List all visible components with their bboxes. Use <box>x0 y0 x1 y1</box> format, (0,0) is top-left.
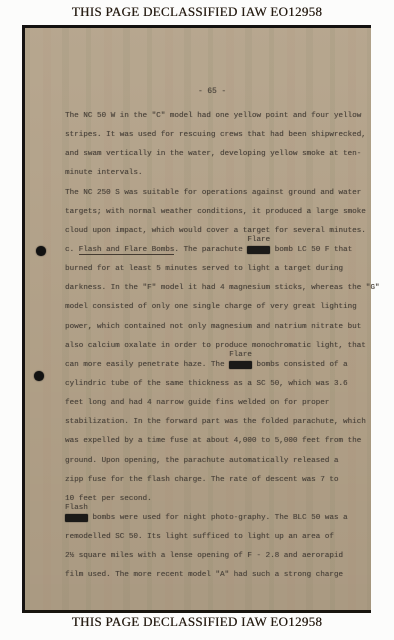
typed-line: can more easily penetrate haze. The flas… <box>65 361 365 380</box>
typed-text: ground. Upon opening, the parachute auto… <box>65 457 338 465</box>
typed-line: targets; with normal weather conditions,… <box>65 208 365 227</box>
underlined-heading: Flash and Flare Bombs <box>79 246 175 256</box>
typed-text: stabilization. In the forward part was t… <box>65 418 366 426</box>
typed-correction-word: Flash <box>65 504 88 514</box>
typed-text: also calcium oxalate in order to produce… <box>65 342 366 350</box>
typed-line: The NC 250 S was suitable for operations… <box>65 189 365 208</box>
typed-text: zipp fuse for the flash charge. The rate… <box>65 476 338 484</box>
typed-text: stripes. It was used for rescuing crews … <box>65 131 366 139</box>
typed-line: also calcium oxalate in order to produce… <box>65 342 365 361</box>
typed-text: was expelled by a time fuse at about 4,0… <box>65 437 361 445</box>
typed-text: bombs consisted of a <box>252 361 348 369</box>
typed-text: darkness. In the "F" model it had 4 magn… <box>65 284 379 292</box>
typed-line: minute intervals. <box>65 169 365 188</box>
typed-line: darkness. In the "F" model it had 4 magn… <box>65 284 365 303</box>
typed-text: The NC 250 S was suitable for operations… <box>65 189 361 197</box>
typed-line: feet long and had 4 narrow guide fins we… <box>65 399 365 418</box>
typed-text: cloud upon impact, which would cover a t… <box>65 227 366 235</box>
page-number: - 65 - <box>65 88 359 96</box>
typed-text-block: The NC 50 W in the "C" model had one yel… <box>65 112 365 591</box>
typed-line: zipp fuse for the flash charge. The rate… <box>65 476 365 495</box>
typed-text: . The parachute <box>174 246 247 254</box>
typed-line: was expelled by a time fuse at about 4,0… <box>65 437 365 456</box>
typed-correction-word: Flare <box>229 351 252 361</box>
document-scan-page: - 65 - The NC 50 W in the "C" model had … <box>22 25 371 613</box>
typed-text: 2½ square miles with a lense opening of … <box>65 552 343 560</box>
typed-text: bombs were used for night photo-graphy. … <box>88 514 348 522</box>
typed-line: and swam vertically in the water, develo… <box>65 150 365 169</box>
typed-line: c. Flash and Flare Bombs. The parachute … <box>65 246 365 265</box>
typed-text: c. <box>65 246 79 254</box>
typed-line: The NC 50 W in the "C" model had one yel… <box>65 112 365 131</box>
typed-text: bomb LC 50 F that <box>270 246 352 254</box>
typed-text: burned for at least 5 minutes served to … <box>65 265 343 273</box>
typed-correction-word: Flare <box>247 236 270 246</box>
typed-line: FlareFlash bombs were used for night pho… <box>65 514 365 533</box>
typed-line: burned for at least 5 minutes served to … <box>65 265 365 284</box>
typed-text: minute intervals. <box>65 169 142 177</box>
hole-punch-mark-top <box>36 246 46 256</box>
typed-line: 2½ square miles with a lense opening of … <box>65 552 365 571</box>
typed-line: stripes. It was used for rescuing crews … <box>65 131 365 150</box>
typed-line: remodelled SC 50. Its light sufficed to … <box>65 533 365 552</box>
typed-line: film used. The more recent model "A" had… <box>65 571 365 590</box>
typed-line: 10 feet per second. <box>65 495 365 514</box>
typed-line: power, which contained not only magnesiu… <box>65 323 365 342</box>
typed-text: 10 feet per second. <box>65 495 152 503</box>
typed-line: stabilization. In the forward part was t… <box>65 418 365 437</box>
struck-out-word: flashFlare <box>229 361 252 369</box>
typed-text: and swam vertically in the water, develo… <box>65 150 361 158</box>
typed-text: can more easily penetrate haze. The <box>65 361 229 369</box>
typed-text: The NC 50 W in the "C" model had one yel… <box>65 112 361 120</box>
typed-text: model consisted of only one single charg… <box>65 303 357 311</box>
typed-text: remodelled SC 50. Its light sufficed to … <box>65 533 334 541</box>
typed-text: power, which contained not only magnesiu… <box>65 323 361 331</box>
declassified-header: THIS PAGE DECLASSIFIED IAW EO12958 <box>0 4 394 20</box>
hole-punch-mark-bottom <box>34 371 44 381</box>
typed-text: targets; with normal weather conditions,… <box>65 208 366 216</box>
typed-text: cylindric tube of the same thickness as … <box>65 380 348 388</box>
typed-line: model consisted of only one single charg… <box>65 303 365 322</box>
scanned-document-view: THIS PAGE DECLASSIFIED IAW EO12958 - 65 … <box>0 0 394 640</box>
struck-out-word: FlareFlash <box>65 514 88 522</box>
typed-line: cloud upon impact, which would cover a t… <box>65 227 365 246</box>
declassified-footer: THIS PAGE DECLASSIFIED IAW EO12958 <box>0 614 394 630</box>
struck-out-word: flashFlare <box>247 246 270 254</box>
typed-text: film used. The more recent model "A" had… <box>65 571 343 579</box>
typed-line: ground. Upon opening, the parachute auto… <box>65 457 365 476</box>
typed-text: feet long and had 4 narrow guide fins we… <box>65 399 329 407</box>
typed-line: cylindric tube of the same thickness as … <box>65 380 365 399</box>
